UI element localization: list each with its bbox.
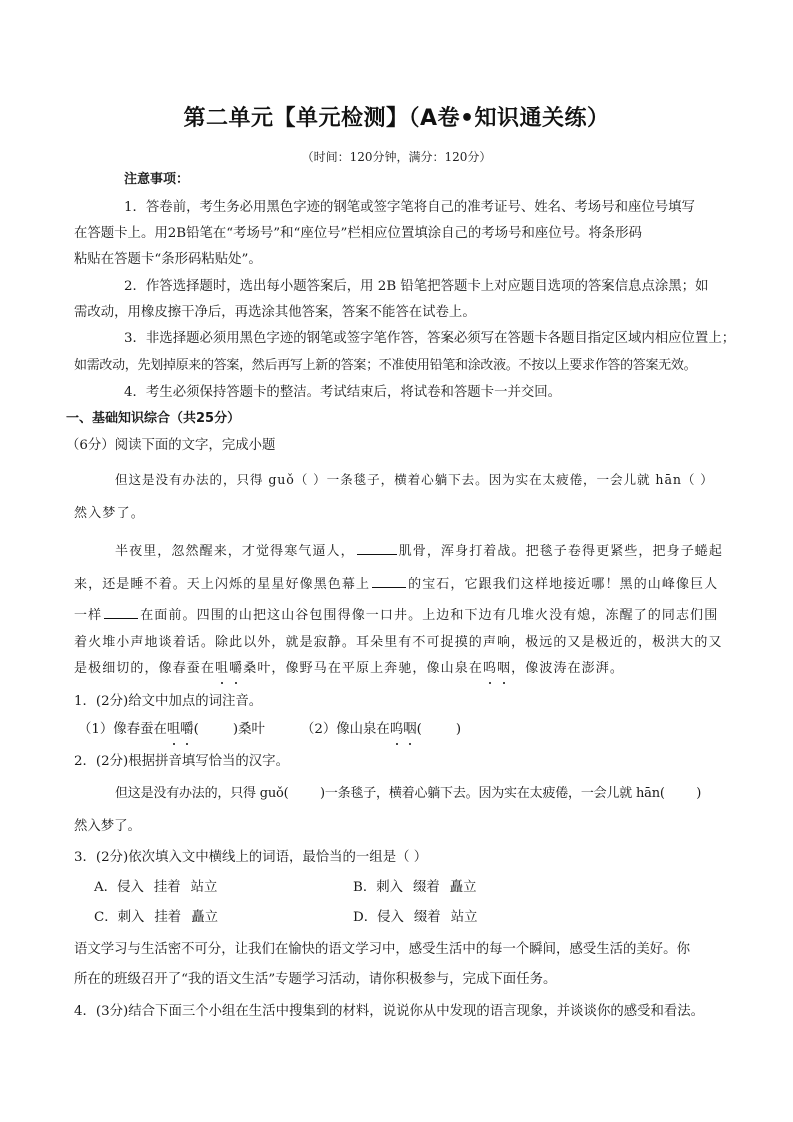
question-1-subitems: （1）像春蚕在咀嚼( )桑叶（2）像山泉在呜咽( ) <box>78 720 748 740</box>
dotted-char: 呜 <box>483 659 497 679</box>
notice-item-1-line-1: 1．答卷前，考生务必用黑色字迹的钢笔或签字笔将自己的准考证号、姓名、考场号和座位… <box>124 198 793 218</box>
question-2-text-line-2: 然入梦了。 <box>74 817 744 837</box>
passage-text: 半夜里，忽然醒来，才觉得寒气逼人， <box>115 544 355 559</box>
option-c[interactable]: C．刺入挂着矗立 <box>94 908 218 928</box>
page-title: 第二单元【单元检测】（A卷•知识通关练） <box>0 101 793 132</box>
notice-item-2-line-1: 2．作答选择题时，选出每小题答案后，用 2B 铅笔把答题卡上对应题目选项的答案信… <box>124 277 793 297</box>
passage-p2-line-1: 半夜里，忽然醒来，才觉得寒气逼人，肌骨，浑身打着战。把毯子卷得更紧些，把身子蜷起 <box>115 541 785 562</box>
q1-sub1-text: （1）像春蚕在 <box>78 722 167 737</box>
passage-text: ，像波涛在澎湃。 <box>511 661 624 676</box>
option-d[interactable]: D．侵入缀着站立 <box>353 908 477 928</box>
q1-sub2-text: （2）像山泉在 <box>301 722 390 737</box>
notice-item-2-line-2: 需改动，用橡皮擦干净后，再选涂其他答案，答案不能答在试卷上。 <box>74 303 744 323</box>
fill-blank-2[interactable] <box>372 574 406 588</box>
question-3-stem: 3．(2分)依次填入文中横线上的词语，最恰当的一组是（ ） <box>74 848 744 868</box>
q1-sub1-answer-blank[interactable]: ( )桑叶 <box>194 722 265 737</box>
passage-text: 桑叶，像野马在平原上奔驰，像山泉在 <box>243 661 483 676</box>
notice-item-1-line-2: 在答题卡上。用2B铅笔在“考场号”和“座位号”栏相应位置填涂自己的考场号和座位号… <box>74 224 744 244</box>
passage-p1-line-2: 然入梦了。 <box>74 504 744 524</box>
passage-text: 一样 <box>74 608 102 623</box>
dotted-char: 咀 <box>215 659 229 679</box>
passage-text: 肌骨，浑身打着战。把毯子卷得更紧些，把身子蜷起 <box>399 544 723 559</box>
dotted-char: 咽 <box>403 720 416 740</box>
option-a[interactable]: A．侵入挂着站立 <box>94 878 217 898</box>
exam-page: 第二单元【单元检测】（A卷•知识通关练） （时间：120分钟，满分：120分） … <box>0 0 793 1122</box>
passage-text: 来，还是睡不着。天上闪烁的星星好像黑色幕上 <box>74 577 370 592</box>
dotted-char: 嚼 <box>180 720 193 740</box>
section-heading: 一、基础知识综合（共25分） <box>66 409 736 429</box>
notice-item-1-line-3: 粘贴在答题卡“条形码粘贴处”。 <box>74 250 744 270</box>
passage-text: 是极细切的，像春蚕在 <box>74 661 215 676</box>
passage-p2-line-4: 着火堆小声地谈着话。除此以外，就是寂静。耳朵里有不可捉摸的声响，极远的又是极近的… <box>74 633 744 653</box>
notice-item-3-line-2: 如需改动，先划掉原来的答案，然后再写上新的答案；不准使用铅笔和涂改液。不按以上要… <box>74 356 744 376</box>
context-line-2: 所在的班级召开了“我的语文生活”专题学习活动，请你积极参与，完成下面任务。 <box>74 970 744 990</box>
section-intro: （6分）阅读下面的文字，完成小题 <box>66 436 736 456</box>
dotted-char: 呜 <box>390 720 403 740</box>
passage-p2-line-3: 一样在面前。四围的山把这山谷包围得像一口井。上边和下边有几堆火没有熄，冻醒了的同… <box>74 605 744 626</box>
option-b[interactable]: B．刺入缀着矗立 <box>353 878 477 898</box>
dotted-char: 咀 <box>167 720 180 740</box>
passage-text: 的宝石，它跟我们这样地接近哪！黑的山峰像巨人 <box>408 577 718 592</box>
question-4-stem: 4．(3分)结合下面三个小组在生活中搜集到的材料，说说你从中发现的语言现象，并谈… <box>74 1002 744 1022</box>
passage-p2-line-5: 是极细切的，像春蚕在咀嚼桑叶，像野马在平原上奔驰，像山泉在呜咽，像波涛在澎湃。 <box>74 659 744 679</box>
q1-sub2-answer-blank[interactable]: ( ) <box>417 722 462 737</box>
question-1-stem: 1．(2分)给文中加点的词注音。 <box>74 692 744 712</box>
passage-p2-line-2: 来，还是睡不着。天上闪烁的星星好像黑色幕上的宝石，它跟我们这样地接近哪！黑的山峰… <box>74 574 744 595</box>
fill-blank-3[interactable] <box>104 605 138 619</box>
passage-text: 在面前。四围的山把这山谷包围得像一口井。上边和下边有几堆火没有熄，冻醒了的同志们… <box>140 608 718 623</box>
dotted-char: 嚼 <box>229 659 243 679</box>
passage-p1-line-1: 但这是没有办法的，只得 guǒ（ ）一条毯子，横着心躺下去。因为实在太疲倦，一会… <box>115 470 785 490</box>
fill-blank-1[interactable] <box>357 541 397 555</box>
question-2-text-line-1: 但这是没有办法的，只得 guǒ( )一条毯子，横着心躺下去。因为实在太疲倦，一会… <box>115 784 785 804</box>
dotted-char: 咽 <box>497 659 511 679</box>
exam-time-score: （时间：120分钟，满分：120分） <box>0 148 793 165</box>
notice-item-4-line-1: 4．考生必须保持答题卡的整洁。考试结束后，将试卷和答题卡一并交回。 <box>124 383 793 403</box>
notice-item-3-line-1: 3．非选择题必须用黑色字迹的钢笔或签字笔作答，答案必须写在答题卡各题目指定区域内… <box>124 329 793 349</box>
notice-heading: 注意事项： <box>124 170 793 190</box>
question-2-stem: 2．(2分)根据拼音填写恰当的汉字。 <box>74 752 744 772</box>
context-line-1: 语文学习与生活密不可分，让我们在愉快的语文学习中，感受生活中的每一个瞬间，感受生… <box>74 940 744 960</box>
